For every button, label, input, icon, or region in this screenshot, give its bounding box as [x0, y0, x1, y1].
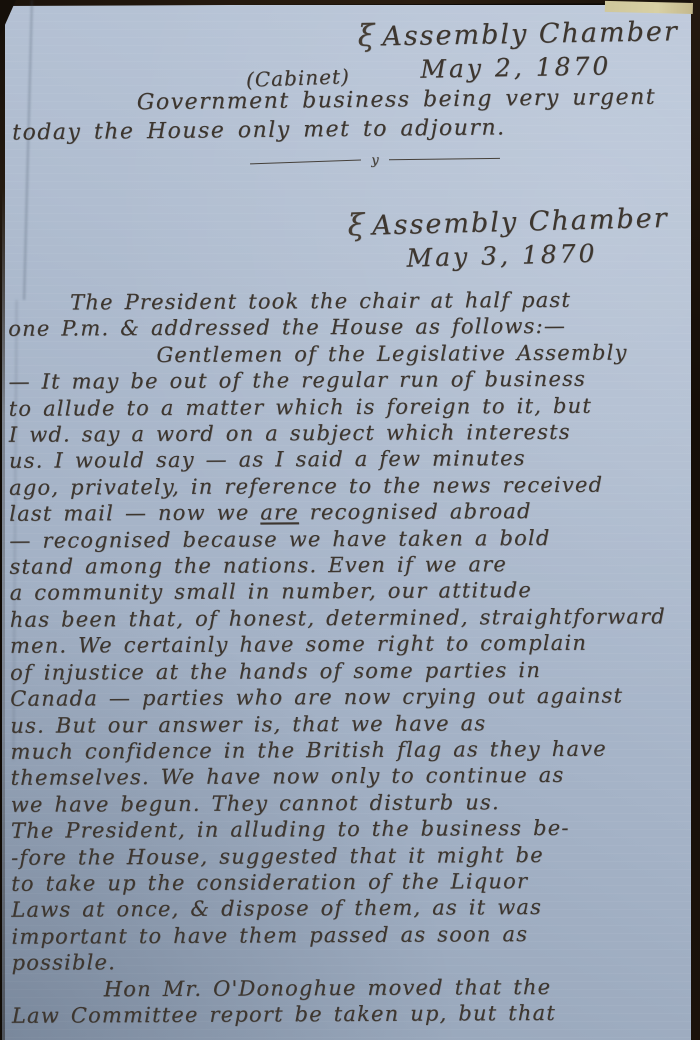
- manuscript-line: a community small in number, our attitud…: [10, 577, 688, 607]
- manuscript-line: themselves. We have now only to continue…: [11, 762, 689, 792]
- manuscript-line: Gentlemen of the Legislative Assembly: [8, 339, 686, 369]
- manuscript-line: Canada — parties who are now crying out …: [10, 682, 688, 712]
- brace-flourish-icon: ξ: [347, 208, 366, 243]
- manuscript-line: has been that, of honest, determined, st…: [10, 603, 688, 633]
- manuscript-line: we have begun. They cannot disturb us.: [11, 788, 689, 818]
- manuscript-line: stand among the nations. Even if we are: [9, 550, 687, 580]
- manuscript-line: Hon Mr. O'Donoghue moved that the: [12, 973, 690, 1003]
- entry-heading-may2: ξAssembly Chamber May 2, 1870: [357, 13, 679, 85]
- book-edge-right: [691, 0, 700, 1040]
- heading-place-text: Assembly Chamber: [382, 16, 679, 52]
- manuscript-line: last mail — now we are recognised abroad: [9, 497, 687, 527]
- manuscript-line: possible.: [12, 946, 690, 976]
- scanned-page: ξAssembly Chamber May 2, 1870 (Cabinet) …: [0, 0, 700, 1040]
- manuscript-line: I wd. say a word on a subject which inte…: [9, 418, 687, 448]
- heading-place: ξAssembly Chamber: [347, 200, 669, 243]
- manuscript-line: men. We certainly have some right to com…: [10, 630, 688, 660]
- manuscript-line: to take up the consideration of the Liqu…: [11, 867, 689, 897]
- heading-place: ξAssembly Chamber: [357, 13, 679, 54]
- manuscript-line: much confidence in the British flag as t…: [10, 735, 688, 765]
- manuscript-line: Law Committee report be taken up, but th…: [12, 999, 690, 1029]
- manuscript-line: to allude to a matter which is foreign t…: [9, 392, 687, 422]
- heading-place-text: Assembly Chamber: [372, 203, 669, 242]
- manuscript-line: The President took the chair at half pas…: [8, 286, 686, 316]
- entry-heading-may3: ξAssembly Chamber May 3, 1870: [347, 200, 670, 274]
- brace-flourish-icon: ξ: [357, 18, 376, 53]
- manuscript-line: ago, privately, in reference to the news…: [9, 471, 687, 501]
- manuscript-line: -fore the House, suggested that it might…: [11, 841, 689, 871]
- manuscript-line: us. I would say — as I said a few minute…: [9, 445, 687, 475]
- manuscript-line: — recognised because we have taken a bol…: [9, 524, 687, 554]
- heading-date: May 2, 1870: [420, 50, 679, 84]
- manuscript-line: one P.m. & addressed the House as follow…: [8, 313, 686, 343]
- manuscript-line: Laws at once, & dispose of them, as it w…: [11, 894, 689, 924]
- manuscript-line: us. But our answer is, that we have as: [10, 709, 688, 739]
- manuscript-line: — It may be out of the regular run of bu…: [8, 365, 686, 395]
- entry-may2-paragraph: Government business being very urgenttod…: [12, 82, 685, 147]
- manuscript-line: of injustice at the hands of some partie…: [10, 656, 688, 686]
- entry-may3-paragraph: The President took the chair at half pas…: [8, 286, 690, 1029]
- manuscript-line: The President, in alluding to the busine…: [11, 814, 689, 844]
- manuscript-line: important to have them passed as soon as: [11, 920, 689, 950]
- book-edge-left: [0, 0, 5, 1040]
- underpage-sliver: [605, 1, 693, 14]
